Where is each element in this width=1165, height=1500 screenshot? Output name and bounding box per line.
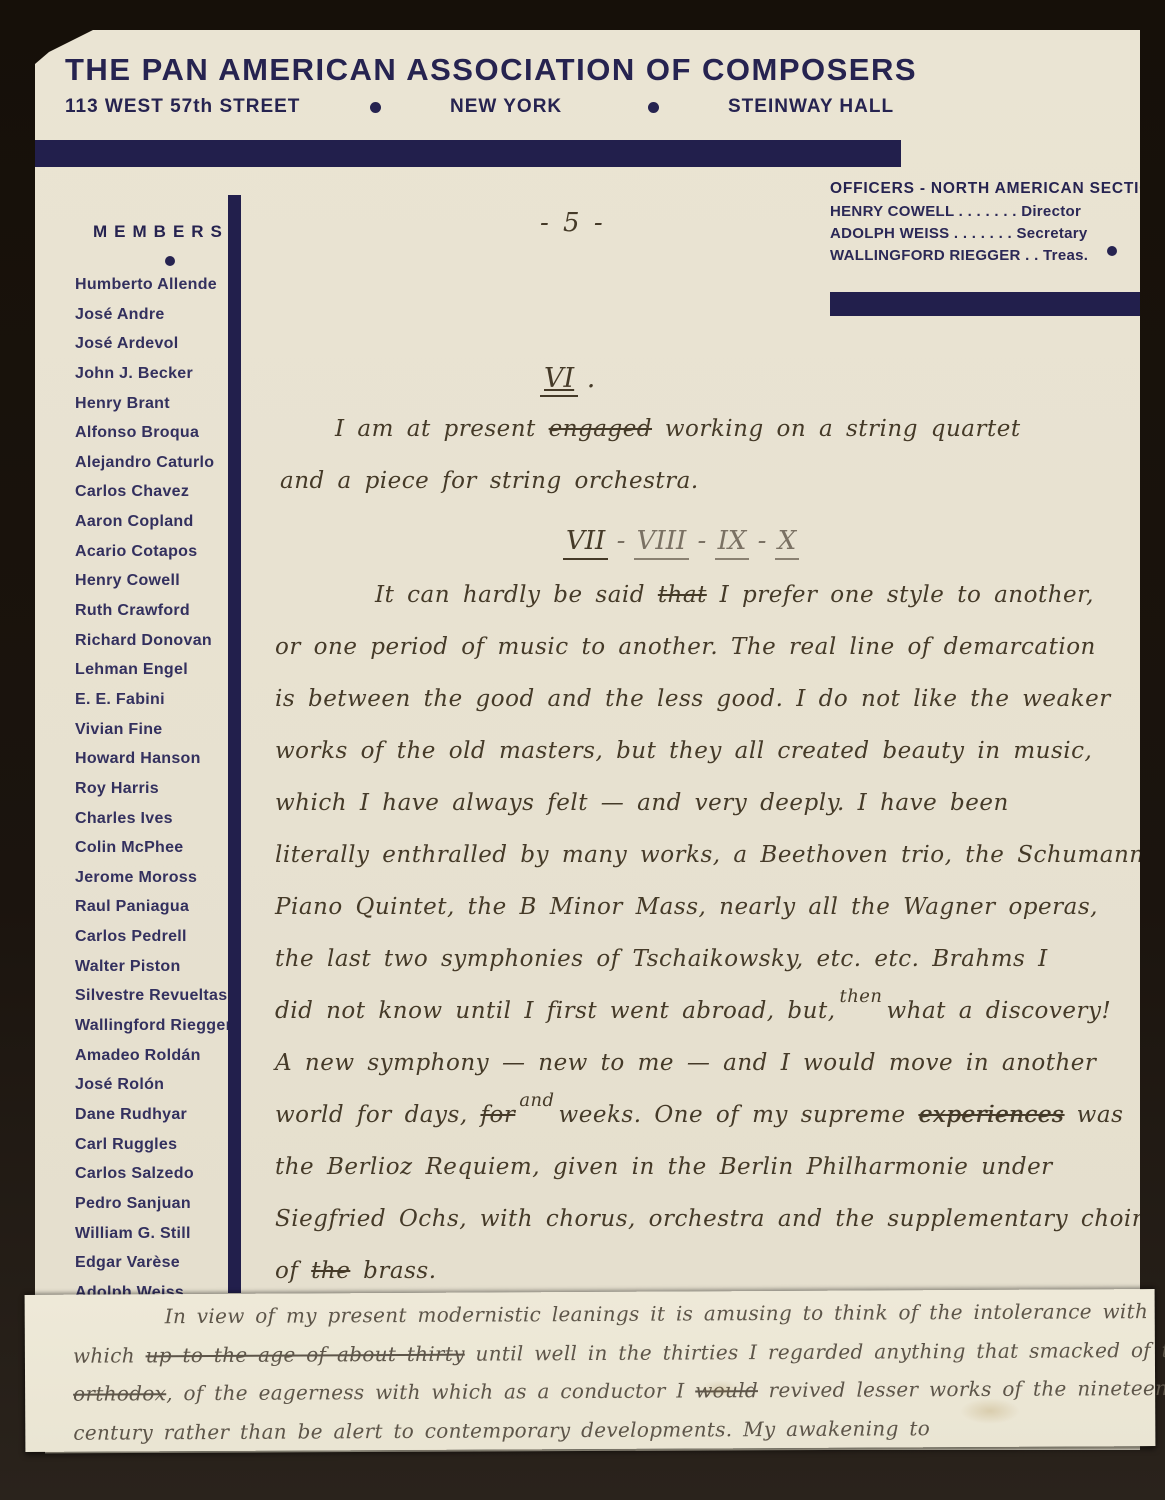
struck-text: for [480, 1102, 515, 1128]
member-name: William G. Still [75, 1225, 225, 1255]
handwriting-line: is between the good and the less good. I… [275, 686, 1165, 738]
handwritten-text: or one period of music to another. The r… [275, 634, 1096, 660]
member-name: Pedro Sanjuan [75, 1195, 225, 1225]
handwritten-text: I prefer one style to another, [707, 582, 1094, 608]
members-list: Humberto AllendeJosé AndreJosé ArdevolJo… [75, 276, 225, 1313]
officer-name: ADOLPH WEISS [830, 225, 949, 242]
handwriting-line: orthodox, of the eagerness with which as… [73, 1376, 1143, 1420]
letterhead-address: 113 WEST 57th STREET NEW YORK STEINWAY H… [35, 96, 915, 122]
handwritten-text: I am at present [335, 416, 549, 442]
officer-dots: . . . . . . . [954, 203, 1021, 220]
section-numeral: IX [715, 526, 750, 560]
handwritten-text: the last two symphonies of Tschaikowsky,… [275, 946, 1048, 972]
handwritten-text: works of the old masters, but they all c… [275, 738, 1092, 764]
handwritten-text: did not know until I first went abroad, … [275, 998, 836, 1024]
member-name: Henry Brant [75, 395, 225, 425]
member-name: Carlos Pedrell [75, 928, 225, 958]
handwritten-text: brass. [350, 1258, 436, 1284]
handwritten-text: what a discovery! [886, 998, 1111, 1024]
handwritten-text: A new symphony — new to me — and I would… [275, 1050, 1096, 1076]
handwriting-line: It can hardly be said that I prefer one … [275, 582, 1165, 634]
handwritten-text: century rather than be alert to contempo… [73, 1416, 930, 1444]
handwriting-line: or one period of music to another. The r… [275, 634, 1165, 686]
member-name: E. E. Fabini [75, 691, 225, 721]
handwriting-line: works of the old masters, but they all c… [275, 738, 1165, 790]
member-name: Aaron Copland [75, 513, 225, 543]
pasted-note-strip: In view of my present modernistic leanin… [25, 1289, 1156, 1452]
handwritten-text: It can hardly be said [375, 582, 658, 608]
handwritten-text: was [1064, 1102, 1124, 1128]
member-name: Dane Rudhyar [75, 1106, 225, 1136]
section-vi-paragraph: I am at present engaged working on a str… [280, 416, 1160, 520]
section-numeral: - [749, 526, 774, 556]
handwriting-line: I am at present engaged working on a str… [280, 416, 1160, 468]
officer-role: Secretary [1016, 225, 1087, 242]
bullet-icon [1107, 246, 1117, 256]
member-name: Alfonso Broqua [75, 424, 225, 454]
letter-page: THE PAN AMERICAN ASSOCIATION OF COMPOSER… [35, 30, 1140, 1450]
section-vii-x-heading: VII - VIII - IX - X [563, 526, 799, 556]
letterhead-title: THE PAN AMERICAN ASSOCIATION OF COMPOSER… [65, 52, 917, 88]
handwritten-text: which I have always felt — and very deep… [275, 790, 1009, 816]
member-name: Lehman Engel [75, 661, 225, 691]
bullet-separator-icon [370, 102, 381, 113]
member-name: José Ardevol [75, 335, 225, 365]
officer-dots: . . [1021, 247, 1043, 264]
section-numeral: VII [563, 526, 608, 560]
struck-text: that [658, 582, 707, 608]
member-name: Raul Paniagua [75, 898, 225, 928]
section-vi-suffix: . [578, 363, 595, 394]
officer-dots: . . . . . . . [949, 225, 1016, 242]
inserted-text: and [519, 1090, 554, 1111]
handwritten-text: literally enthralled by many works, a Be… [275, 842, 1145, 868]
handwriting-line: did not know until I first went abroad, … [275, 998, 1165, 1050]
member-name: Humberto Allende [75, 276, 225, 306]
navy-rule-top [35, 140, 901, 167]
officer-name: HENRY COWELL [830, 203, 954, 220]
officer-name: WALLINGFORD RIEGGER [830, 247, 1021, 264]
handwritten-text: of [275, 1258, 311, 1284]
handwritten-text: is between the good and the less good. I… [275, 686, 1111, 712]
member-name: Wallingford Riegger [75, 1017, 225, 1047]
photo-background: THE PAN AMERICAN ASSOCIATION OF COMPOSER… [0, 0, 1165, 1500]
officers-block: OFFICERS - NORTH AMERICAN SECTION HENRY … [830, 180, 1142, 264]
address-hall: STEINWAY HALL [728, 96, 894, 118]
struck-text: engaged [549, 416, 652, 442]
section-numeral: X [775, 526, 800, 560]
member-name: Amadeo Roldán [75, 1047, 225, 1077]
officer-role: Treas. [1043, 247, 1088, 264]
member-name: Roy Harris [75, 780, 225, 810]
officer-row: HENRY COWELL . . . . . . . Director [830, 203, 1142, 220]
handwritten-text: working on a string quartet [652, 416, 1021, 442]
member-name: Edgar Varèse [75, 1254, 225, 1284]
handwritten-text: , of the eagerness with which as a condu… [166, 1378, 695, 1405]
member-name: Carl Ruggles [75, 1136, 225, 1166]
handwritten-text: world for days, [275, 1102, 480, 1128]
handwriting-line: world for days, forandweeks. One of my s… [275, 1102, 1165, 1154]
handwritten-text: which [73, 1343, 146, 1367]
handwritten-text: the Berlioz Requiem, given in the Berlin… [275, 1154, 1053, 1180]
section-numeral: VIII [634, 526, 690, 560]
handwriting-line: In view of my present modernistic leanin… [73, 1299, 1143, 1343]
inserted-text: then [840, 986, 883, 1007]
section-vi-numeral: VI [540, 363, 578, 397]
address-city: NEW YORK [450, 96, 562, 118]
member-name: Charles Ives [75, 810, 225, 840]
section-vi-heading: VI . [540, 363, 595, 394]
handwriting-line: Piano Quintet, the B Minor Mass, nearly … [275, 894, 1165, 946]
strip-paragraph: In view of my present modernistic leanin… [73, 1299, 1144, 1459]
struck-text: the [311, 1258, 350, 1284]
handwriting-line: and a piece for string orchestra. [280, 468, 1160, 520]
member-name: Howard Hanson [75, 750, 225, 780]
member-name: Colin McPhee [75, 839, 225, 869]
handwriting-line: the Berlioz Requiem, given in the Berlin… [275, 1154, 1165, 1206]
member-name: José Andre [75, 306, 225, 336]
handwritten-text: weeks. One of my supreme [559, 1102, 919, 1128]
member-name: Henry Cowell [75, 572, 225, 602]
officer-row: WALLINGFORD RIEGGER . . Treas. [830, 247, 1142, 264]
handwritten-text: experiences [918, 1102, 1064, 1128]
handwriting-line: century rather than be alert to contempo… [73, 1415, 1143, 1459]
officer-row: ADOLPH WEISS . . . . . . . Secretary [830, 225, 1142, 242]
bullet-separator-icon [648, 102, 659, 113]
handwriting-line: which up to the age of about thirty unti… [73, 1338, 1143, 1382]
member-name: Alejandro Caturlo [75, 454, 225, 484]
handwritten-text: and a piece for string orchestra. [280, 468, 699, 494]
members-heading: MEMBERS [93, 222, 229, 242]
section-numeral: - [608, 526, 633, 556]
main-paragraph: It can hardly be said that I prefer one … [275, 582, 1165, 1310]
member-name: Ruth Crawford [75, 602, 225, 632]
member-name: Acario Cotapos [75, 543, 225, 573]
handwritten-text: revived lesser works of the nineteenth [758, 1376, 1165, 1402]
officers-heading: OFFICERS - NORTH AMERICAN SECTION [830, 180, 1142, 198]
member-name: Vivian Fine [75, 721, 225, 751]
address-street: 113 WEST 57th STREET [65, 96, 300, 118]
handwriting-line: literally enthralled by many works, a Be… [275, 842, 1165, 894]
member-name: John J. Becker [75, 365, 225, 395]
handwriting-line: A new symphony — new to me — and I would… [275, 1050, 1165, 1102]
officers-list: HENRY COWELL . . . . . . . DirectorADOLP… [830, 203, 1142, 264]
handwriting-line: Siegfried Ochs, with chorus, orchestra a… [275, 1206, 1165, 1258]
navy-rule-officers [830, 292, 1140, 316]
member-name: Carlos Chavez [75, 483, 225, 513]
struck-text: would [695, 1378, 758, 1402]
handwritten-text: until well in the thirties I regarded an… [465, 1337, 1165, 1365]
member-name: Silvestre Revueltas [75, 987, 225, 1017]
handwritten-text: Siegfried Ochs, with chorus, orchestra a… [275, 1206, 1156, 1232]
bullet-icon [165, 256, 175, 266]
page-number: - 5 - [540, 208, 606, 238]
member-name: Richard Donovan [75, 632, 225, 662]
navy-rule-vertical [228, 195, 241, 1293]
member-name: Walter Piston [75, 958, 225, 988]
handwriting-line: the last two symphonies of Tschaikowsky,… [275, 946, 1165, 998]
struck-text: orthodox [73, 1381, 166, 1405]
officer-role: Director [1021, 203, 1081, 220]
handwritten-text: Piano Quintet, the B Minor Mass, nearly … [275, 894, 1098, 920]
member-name: José Rolón [75, 1076, 225, 1106]
member-name: Carlos Salzedo [75, 1165, 225, 1195]
handwriting-line: which I have always felt — and very deep… [275, 790, 1165, 842]
handwritten-text: In view of my present modernistic leanin… [165, 1299, 1149, 1328]
section-numeral: - [689, 526, 714, 556]
member-name: Jerome Moross [75, 869, 225, 899]
struck-text: up to the age of about thirty [145, 1341, 464, 1367]
